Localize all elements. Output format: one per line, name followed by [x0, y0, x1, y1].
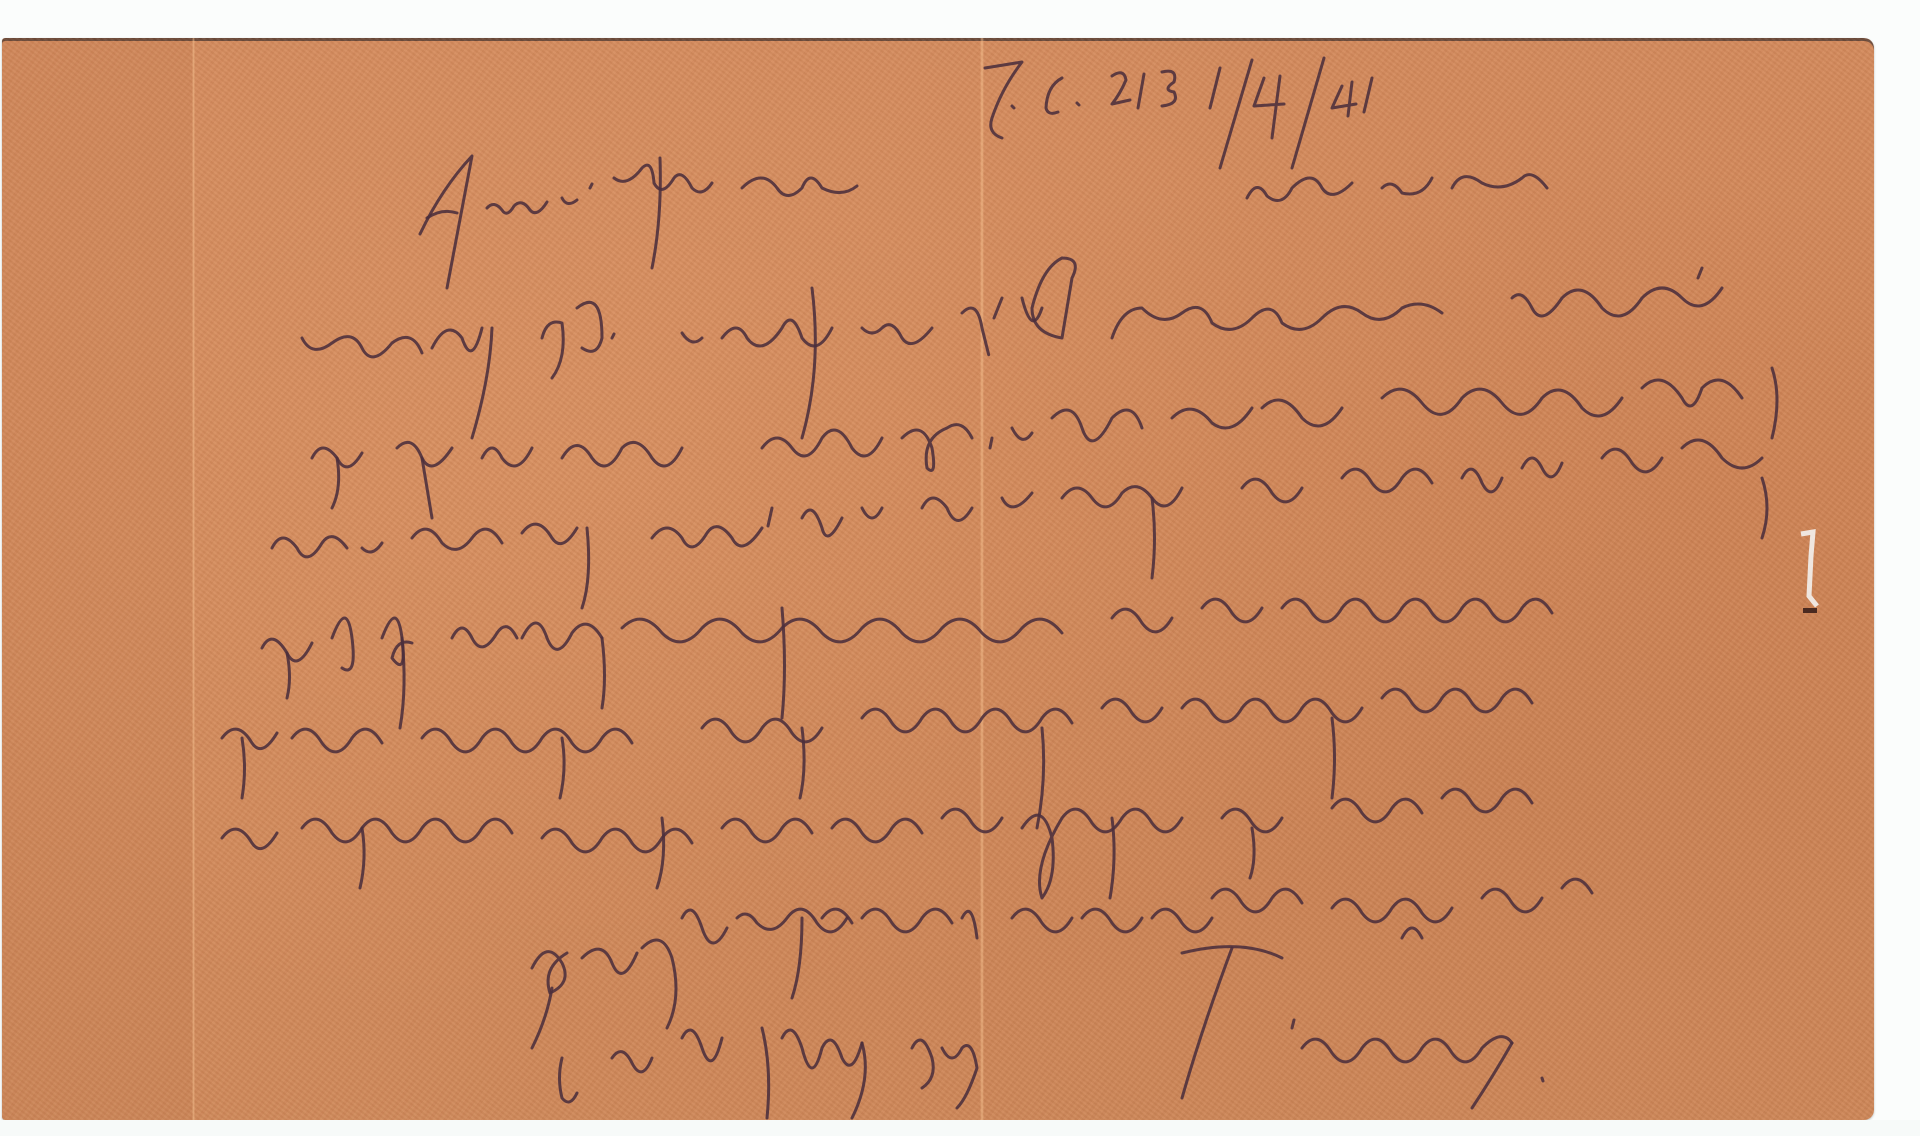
body-line-5-strokes — [222, 689, 1532, 828]
handwriting-strokes — [2, 38, 1874, 1120]
paper-damage-mark — [1797, 526, 1821, 626]
body-line-2-strokes — [312, 368, 1777, 518]
postcard: 7. C. 213 1/4/41 Αγαπητή Ευδοξία σας χαι… — [2, 38, 1874, 1120]
scan-background — [0, 1120, 1920, 1136]
closing-strokes — [532, 879, 1592, 1048]
body-line-4-strokes — [262, 599, 1552, 728]
body-line-6-strokes — [222, 789, 1532, 898]
header-line-strokes — [985, 58, 1372, 168]
signature-strokes — [560, 947, 1544, 1118]
body-line-3-strokes — [272, 440, 1767, 608]
salutation-strokes — [420, 156, 1547, 288]
